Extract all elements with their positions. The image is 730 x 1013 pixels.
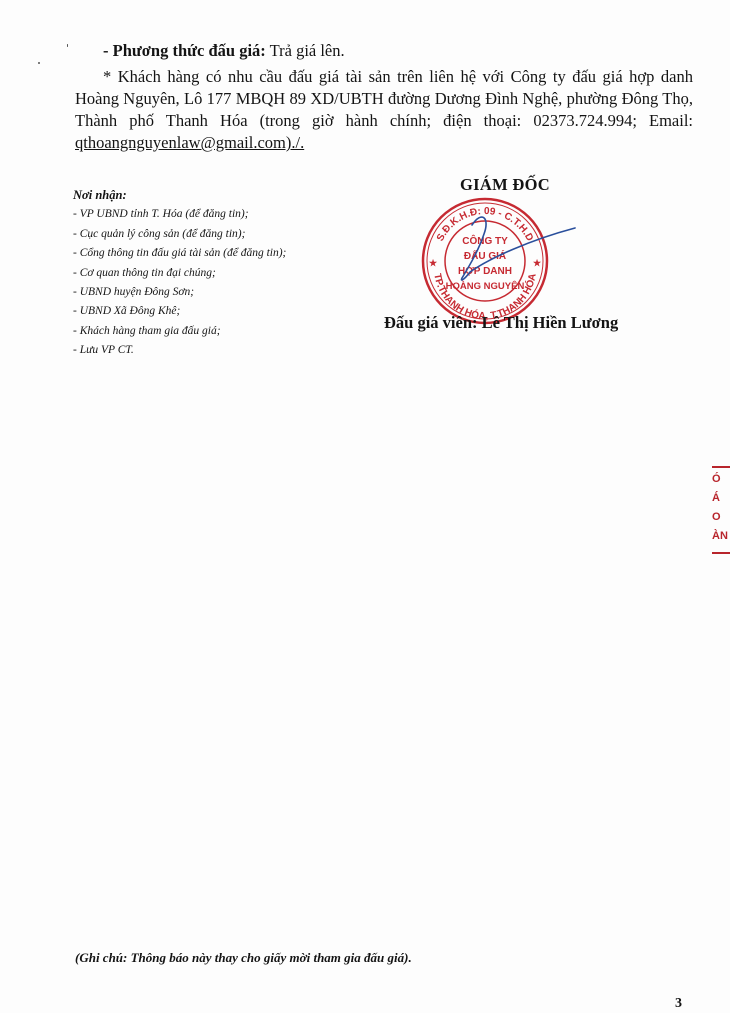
edge-stamp-fragment: ÓÁOÀN xyxy=(712,460,730,600)
contact-suffix: /. xyxy=(295,133,304,152)
recipient-item: - Lưu VP CT. xyxy=(73,341,286,360)
recipients-title: Nơi nhận: xyxy=(73,186,286,205)
recipient-item: - UBND huyện Đông Sơn; xyxy=(73,283,286,302)
recipient-item: - Cục quản lý công sản (để đăng tin); xyxy=(73,225,286,244)
signer-name: Đấu giá viên: Lê Thị Hiền Lương xyxy=(384,313,618,333)
svg-text:★: ★ xyxy=(429,258,438,268)
recipient-item: - Cổng thông tin đấu giá tài sản (để đăn… xyxy=(73,244,286,263)
contact-text: * Khách hàng có nhu cầu đấu giá tài sản … xyxy=(75,67,693,130)
recipients-list: - VP UBND tỉnh T. Hóa (để đăng tin);- Cụ… xyxy=(73,205,286,360)
contact-email-link[interactable]: qthoangnguyenlaw@gmail.com). xyxy=(75,133,295,152)
auction-method-line: - Phương thức đấu giá: Trả giá lên. xyxy=(103,40,663,62)
scan-speck xyxy=(38,62,40,64)
position-title: GIÁM ĐỐC xyxy=(460,175,550,195)
signature-icon xyxy=(440,210,590,310)
auction-method-value: Trả giá lên. xyxy=(266,41,345,60)
recipient-item: - VP UBND tỉnh T. Hóa (để đăng tin); xyxy=(73,205,286,224)
contact-paragraph: * Khách hàng có nhu cầu đấu giá tài sản … xyxy=(75,66,693,154)
recipients-block: Nơi nhận: - VP UBND tỉnh T. Hóa (để đăng… xyxy=(73,186,286,361)
note-text: (Ghi chú: Thông báo này thay cho giấy mờ… xyxy=(75,950,412,966)
recipient-item: - Cơ quan thông tin đại chúng; xyxy=(73,264,286,283)
recipient-item: - Khách hàng tham gia đấu giá; xyxy=(73,322,286,341)
recipient-item: - UBND Xã Đông Khê; xyxy=(73,302,286,321)
auction-method-label: - Phương thức đấu giá: xyxy=(103,41,266,60)
scan-speck xyxy=(67,44,68,47)
page-number: 3 xyxy=(675,996,682,1012)
